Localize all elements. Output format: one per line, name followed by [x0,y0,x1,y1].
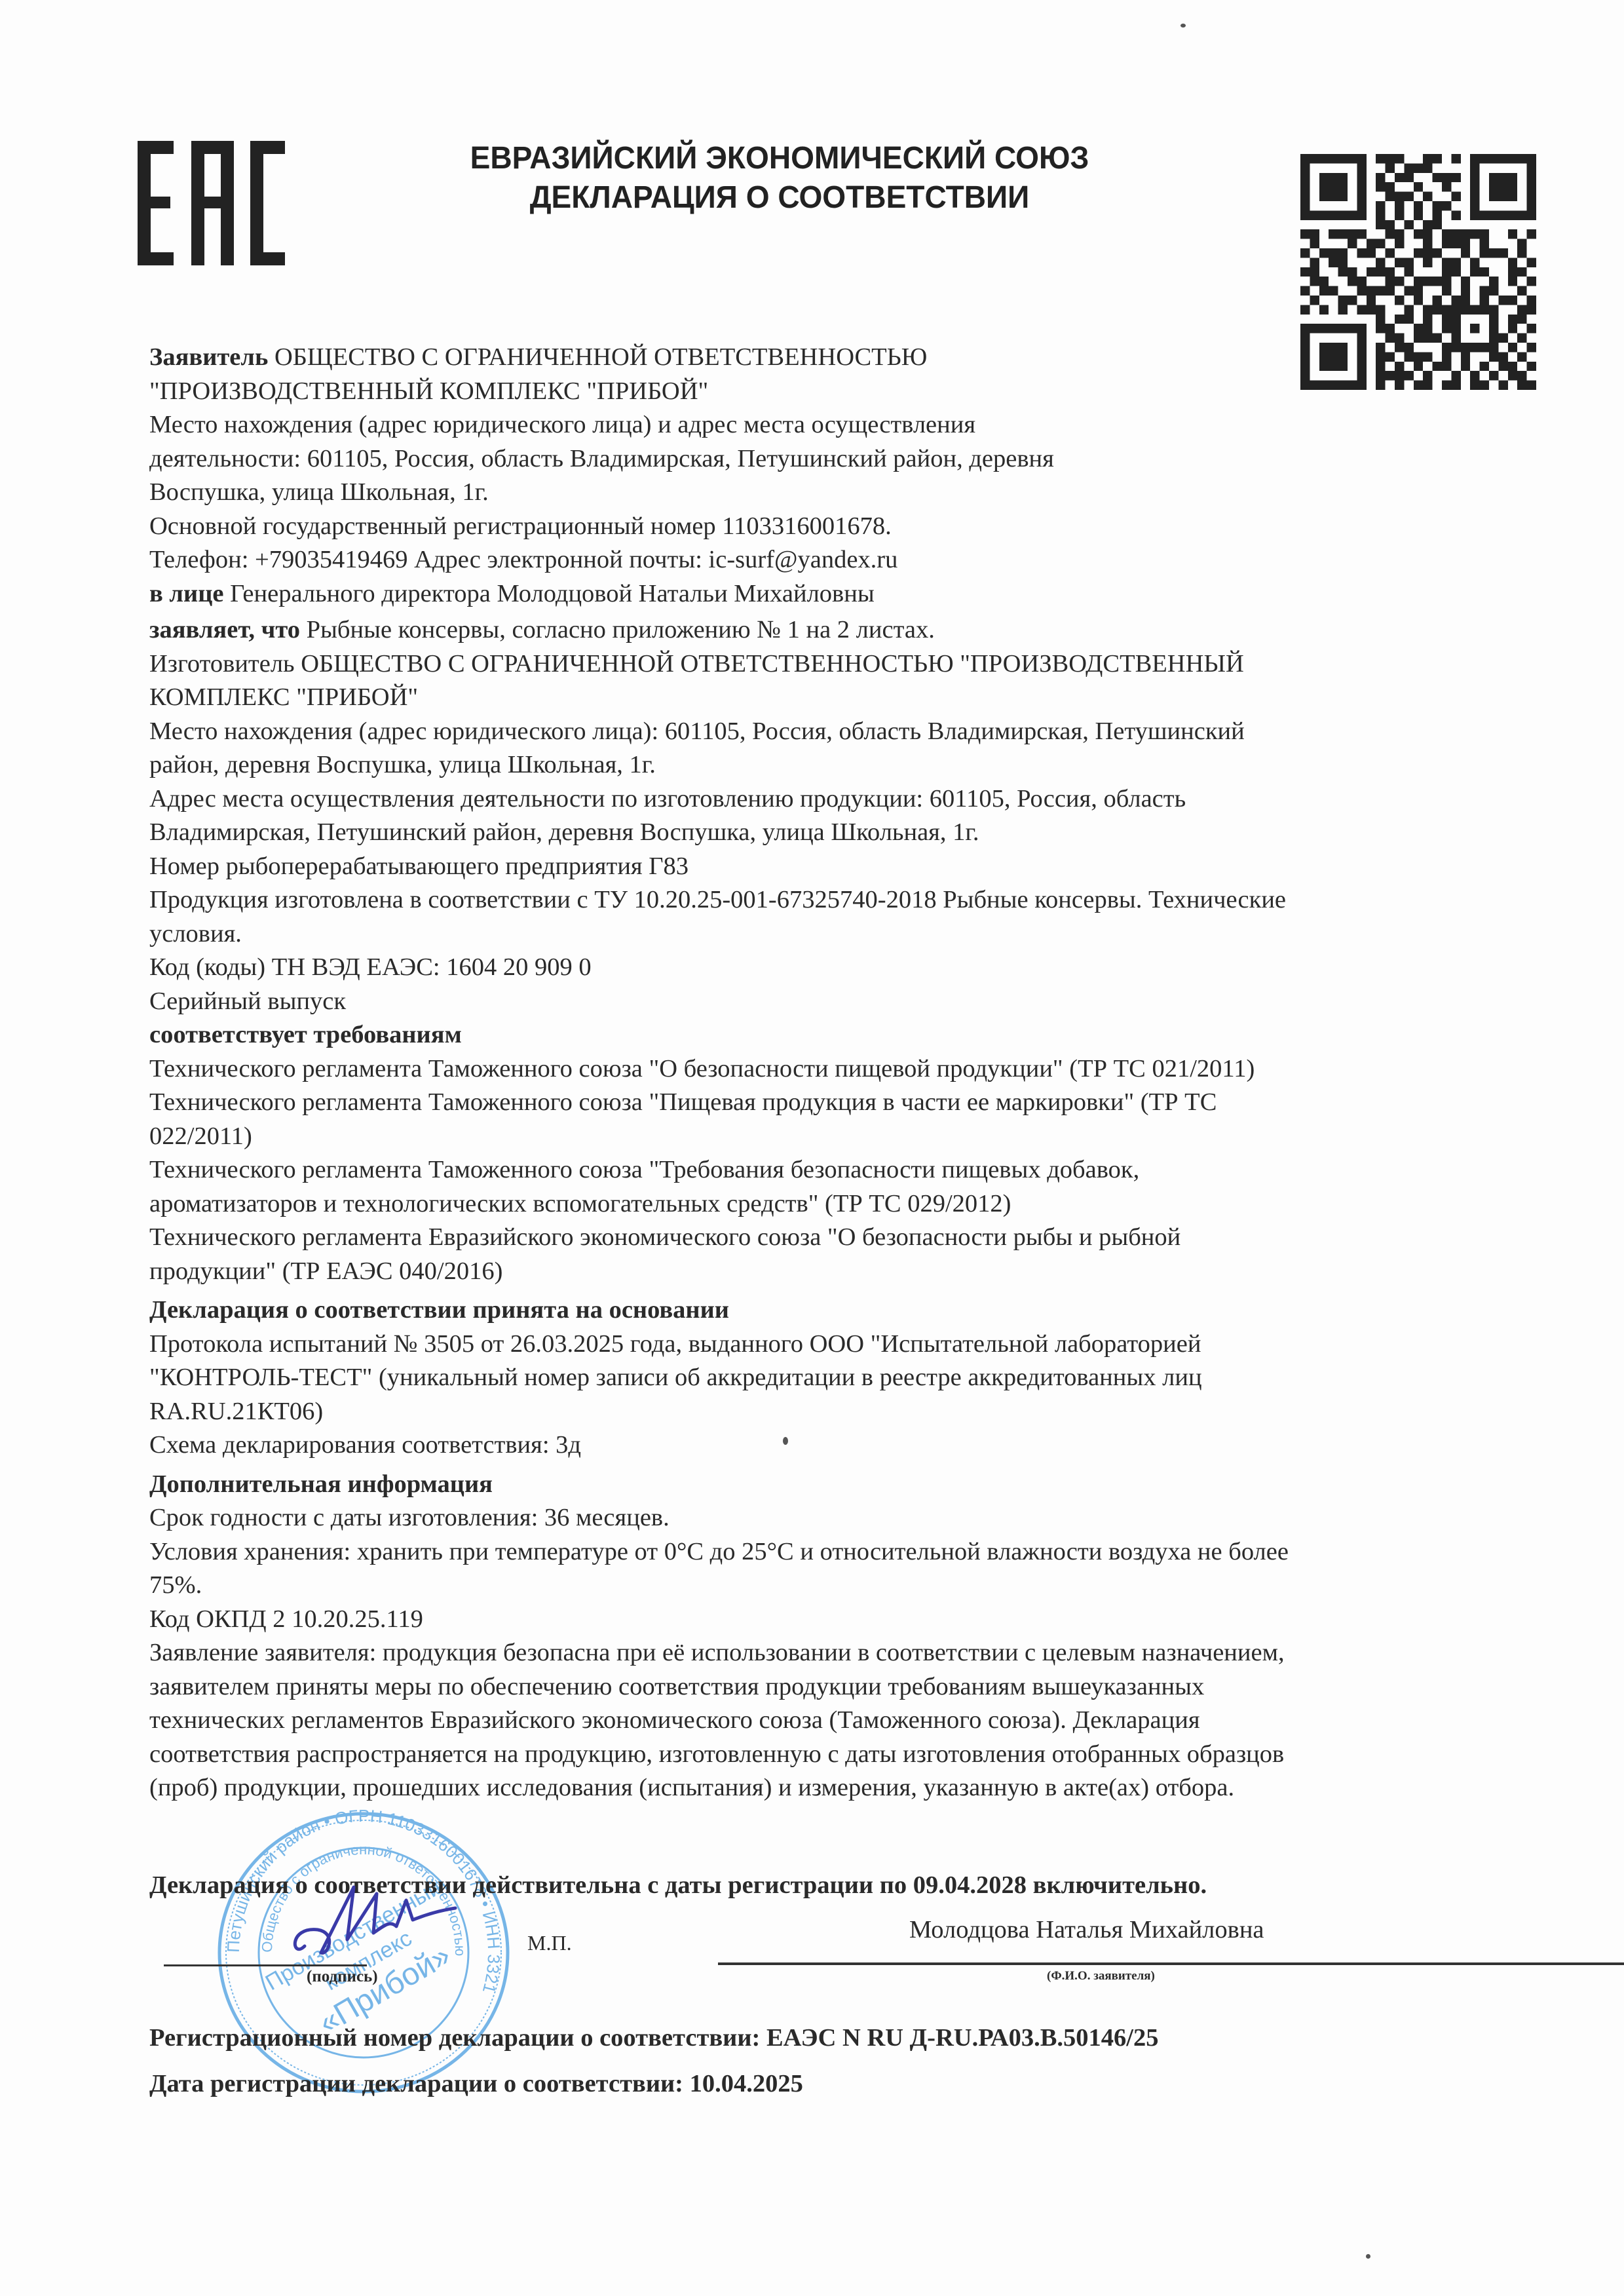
signature-caption: (подпись) [307,1968,378,1986]
basis-line: "КОНТРОЛЬ-ТЕСТ" (уникальный номер записи… [149,1361,1512,1395]
requirement-line: Технического регламента Таможенного союз… [149,1153,1512,1187]
manufacturer-legal-address: район, деревня Воспушка, улица Школьная,… [149,748,1512,782]
additional-info-line: Срок годности с даты изготовления: 36 ме… [149,1501,1512,1535]
signer-name: Молодцова Наталья Михайловна [909,1915,1264,1944]
additional-heading: Дополнительная информация [149,1468,1512,1502]
additional-info-line: технических регламентов Евразийского эко… [149,1704,1512,1738]
additional-info-line: Заявление заявителя: продукция безопасна… [149,1636,1512,1670]
represented-label: в лице [149,580,223,607]
requirement-line: продукции" (ТР ЕАЭС 040/2016) [149,1255,1512,1289]
applicant-address: деятельности: 601105, Россия, область Вл… [149,442,1512,476]
applicant-name-cont: "ПРОИЗВОДСТВЕННЫЙ КОМПЛЕКС "ПРИБОЙ" [149,375,1512,409]
additional-info-line: (проб) продукции, прошедших исследования… [149,1771,1512,1805]
registration-number: Регистрационный номер декларации о соотв… [149,2015,1159,2061]
requirement-line: Технического регламента Таможенного союз… [149,1086,1512,1120]
basis-line: Протокола испытаний № 3505 от 26.03.2025… [149,1328,1512,1362]
tn-ved-code: Код (коды) ТН ВЭД ЕАЭС: 1604 20 909 0 [149,951,1512,985]
represented-by: Генерального директора Молодцовой Наталь… [223,580,874,607]
applicant-name: ОБЩЕСТВО С ОГРАНИЧЕННОЙ ОТВЕТСТВЕННОСТЬЮ [268,343,927,371]
requirements-heading: соответствует требованиям [149,1018,1512,1052]
basis-heading: Декларация о соответствии принята на осн… [149,1293,1512,1328]
declares-line: заявляет, что Рыбные консервы, согласно … [149,613,1512,647]
scan-speck [1180,24,1186,28]
handwritten-signature-icon [292,1867,462,1966]
header-union-title: ЕВРАЗИЙСКИЙ ЭКОНОМИЧЕСКИЙ СОЮЗ [465,139,1094,178]
additional-info-line: заявителем приняты меры по обеспечению с… [149,1670,1512,1704]
registration-date: Дата регистрации декларации о соответств… [149,2061,1159,2107]
scan-speck [783,1437,788,1445]
header-declaration-title: ДЕКЛАРАЦИЯ О СООТВЕТСТВИИ [465,178,1094,218]
declaration-body: Заявитель ОБЩЕСТВО С ОГРАНИЧЕННОЙ ОТВЕТС… [149,341,1512,1805]
additional-info-line: Условия хранения: хранить при температур… [149,1535,1512,1569]
applicant-label: Заявитель [149,343,268,371]
requirement-line: Технического регламента Евразийского эко… [149,1221,1512,1255]
declaration-page: ЕВРАЗИЙСКИЙ ЭКОНОМИЧЕСКИЙ СОЮЗ ДЕКЛАРАЦИ… [0,0,1624,2296]
requirement-line: Технического регламента Таможенного союз… [149,1052,1512,1086]
production-standard: Продукция изготовлена в соответствии с Т… [149,883,1512,917]
production-standard: условия. [149,917,1512,951]
signer-line [718,1962,1624,1965]
applicant-contacts: Телефон: +79035419469 Адрес электронной … [149,543,1512,577]
manufacturer-production-address: Адрес места осуществления деятельности п… [149,782,1512,816]
basis-line: Схема декларирования соответствия: 3д [149,1428,1512,1463]
applicant-line: Заявитель ОБЩЕСТВО С ОГРАНИЧЕННОЙ ОТВЕТС… [149,341,1512,375]
additional-info-line: 75%. [149,1569,1512,1603]
seal-label: М.П. [527,1931,572,1955]
declares-product: Рыбные консервы, согласно приложению № 1… [300,616,935,643]
document-header: ЕВРАЗИЙСКИЙ ЭКОНОМИЧЕСКИЙ СОЮЗ ДЕКЛАРАЦИ… [465,139,1094,218]
manufacturer-name-cont: КОМПЛЕКС "ПРИБОЙ" [149,681,1512,715]
registration-block: Регистрационный номер декларации о соотв… [149,2015,1159,2107]
applicant-address: Воспушка, улица Школьная, 1г. [149,476,1512,510]
manufacturer-legal-address: Место нахождения (адрес юридического лиц… [149,715,1512,749]
additional-info-line: соответствия распространяется на продукц… [149,1738,1512,1772]
plant-number: Номер рыбоперерабатывающего предприятия … [149,850,1512,884]
additional-info-line: Код ОКПД 2 10.20.25.119 [149,1603,1512,1637]
requirements-list: Технического регламента Таможенного союз… [149,1052,1512,1289]
applicant-address: Место нахождения (адрес юридического лиц… [149,408,1512,442]
signer-caption: (Ф.И.О. заявителя) [1047,1969,1155,1983]
basis-line: RA.RU.21КТ06) [149,1395,1512,1429]
applicant-ogrn: Основной государственный регистрационный… [149,510,1512,544]
manufacturer-name: Изготовитель ОБЩЕСТВО С ОГРАНИЧЕННОЙ ОТВ… [149,647,1512,681]
requirement-line: 022/2011) [149,1120,1512,1154]
basis-list: Протокола испытаний № 3505 от 26.03.2025… [149,1328,1512,1463]
additional-list: Срок годности с даты изготовления: 36 ме… [149,1501,1512,1805]
scan-speck [1366,2254,1370,2259]
manufacturer-production-address: Владимирская, Петушинский район, деревня… [149,816,1512,850]
eac-logo-icon [138,141,285,265]
requirement-line: ароматизаторов и технологических вспомог… [149,1187,1512,1221]
release-type: Серийный выпуск [149,985,1512,1019]
applicant-representative: в лице Генерального директора Молодцовой… [149,577,1512,611]
declares-label: заявляет, что [149,616,300,643]
